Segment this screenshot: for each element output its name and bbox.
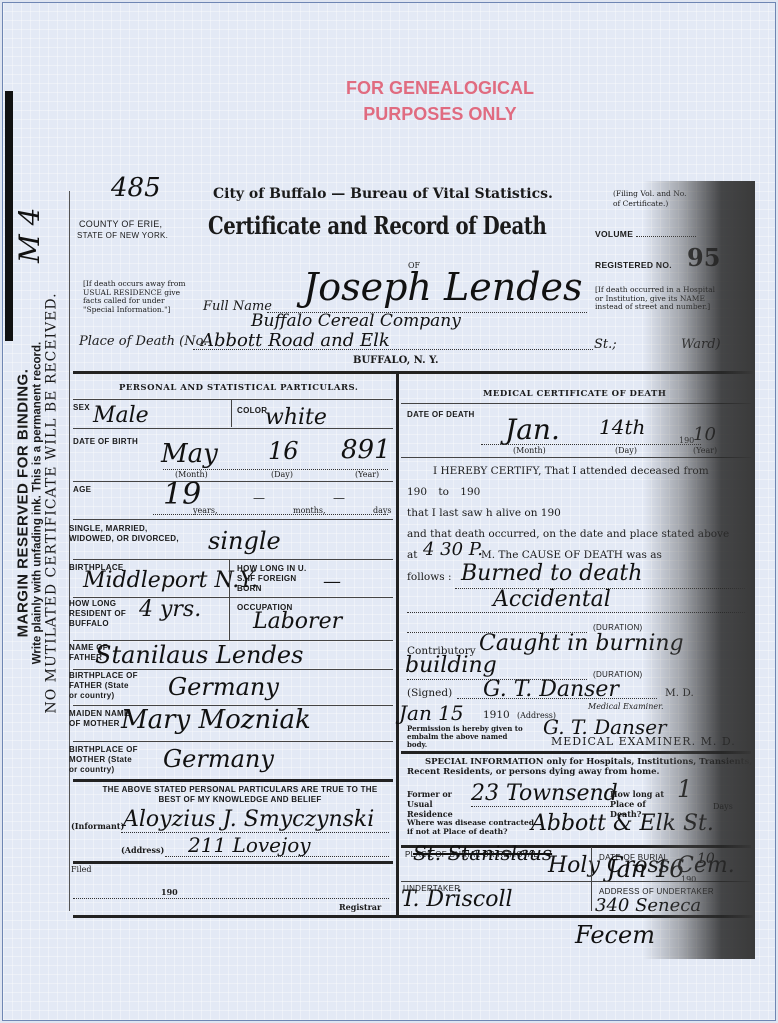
file-number: 485 [111, 173, 161, 203]
special-heading-line-1: SPECIAL INFORMATION only for Hospitals, … [407, 757, 752, 767]
mother-birthplace-label: BIRTHPLACE OF MOTHER (State or country) [69, 745, 139, 775]
rule [231, 400, 232, 427]
margin-line-3: NO MUTILATED CERTIFICATE WILL BE RECEIVE… [44, 292, 60, 713]
father-birthplace-label: BIRTHPLACE OF FATHER (State or country) [69, 671, 139, 701]
street-label: St.; [594, 337, 617, 352]
state-label: STATE OF NEW YORK. [77, 231, 168, 241]
medical-heading: MEDICAL CERTIFICATE OF DEATH [483, 389, 666, 399]
dob-day-caption: (Day) [271, 470, 293, 479]
binding-margin: MARGIN RESERVED FOR BINDING. Write plain… [7, 193, 67, 813]
signed-year: 1910 [483, 709, 510, 721]
informant-address-label: (Address) [121, 845, 164, 855]
special-info-heading: SPECIAL INFORMATION only for Hospitals, … [407, 757, 752, 777]
rule [73, 861, 393, 864]
attest-line-1: THE ABOVE STATED PERSONAL PARTICULARS AR… [95, 785, 385, 795]
residence-line [471, 805, 611, 807]
contracted-value: Abbott & Elk St. [531, 811, 714, 836]
father-value: Stanilaus Lendes [95, 641, 303, 669]
dod-month-caption: (Month) [513, 446, 546, 455]
rule [73, 669, 393, 670]
days-caption: days [373, 506, 392, 515]
margin-line-2: Write plainly with unfading ink. This is… [32, 292, 44, 713]
follows-label: follows : [407, 571, 452, 583]
sex-label: SEX [73, 403, 90, 413]
days-label: Days [713, 802, 733, 812]
volume-field: VOLUME [595, 229, 696, 239]
rule [73, 597, 393, 598]
age-line [153, 513, 388, 515]
registered-number: 95 [687, 243, 720, 272]
informant-label: (Informant) [71, 821, 124, 831]
contracted-label: Where was disease contracted if not at P… [407, 819, 535, 836]
undertaker-address-value: 340 Seneca [595, 895, 701, 916]
dod-line [481, 443, 701, 445]
footer-divider [73, 915, 753, 918]
special-heading-line-2: Recent Residents, or persons dying away … [407, 767, 752, 777]
informant-address-value: 211 Lovejoy [188, 833, 311, 857]
dod-day-caption: (Day) [615, 446, 637, 455]
age-days: — [333, 491, 345, 505]
burial-place-struck: St. Stanislaus [413, 841, 552, 865]
rule [73, 399, 393, 400]
column-divider [396, 374, 399, 917]
place-of-death-institution: Buffalo Cereal Company [251, 311, 461, 331]
form-left-border [69, 191, 70, 911]
rule [73, 428, 393, 429]
time-of-death: 4 30 P. [423, 539, 483, 560]
rule [401, 751, 751, 754]
burial-date-value: Jan 16 [607, 855, 685, 883]
undertaker-value: T. Driscoll [401, 887, 513, 912]
contributory-line-2: building [405, 653, 497, 678]
volume-value [636, 236, 696, 237]
place-of-death-line [193, 348, 593, 350]
stamp-line-1: FOR GENEALOGICAL [325, 75, 555, 101]
dod-day: 14th [599, 415, 645, 439]
ward-label: Ward) [681, 337, 721, 352]
age-label: AGE [73, 485, 91, 495]
burial-year: 10 [697, 851, 715, 867]
full-name-value: Joseph Lendes [303, 265, 583, 309]
rule [401, 403, 751, 404]
color-value: white [265, 405, 327, 430]
margin-handwritten-note: M 4 [13, 208, 46, 263]
dob-year-caption: (Year) [355, 470, 379, 479]
rule [73, 559, 393, 560]
resident-label: HOW LONG RESIDENT OF BUFFALO [69, 599, 149, 629]
header-divider [73, 371, 753, 374]
dob-month: May [161, 439, 218, 469]
cause-of-death-line-1: Burned to death [461, 561, 642, 586]
last-saw-text: that I last saw h alive on 190 [407, 507, 561, 519]
usual-residence-note: [If death occurs away from USUAL RESIDEN… [83, 280, 195, 314]
rule [73, 519, 393, 520]
stamp-line-2: PURPOSES ONLY [325, 101, 555, 127]
signed-label: (Signed) [407, 687, 452, 699]
county-label: COUNTY OF ERIE, [79, 219, 162, 229]
years-caption: years, [193, 506, 218, 515]
residence-value: 23 Townsend [471, 781, 618, 806]
contributory-line-1: Caught in burning [479, 631, 684, 656]
examiner-caption: Medical Examiner. [588, 702, 664, 711]
dob-year: 891 [341, 435, 391, 465]
hospital-note: [If death occurred in a Hospital or Inst… [595, 286, 715, 312]
registrar-label: Registrar [339, 902, 381, 912]
months-caption: months, [293, 506, 326, 515]
how-long-us-value: — [323, 571, 341, 592]
embalm-permission-text: Permission is hereby given to embalm the… [407, 725, 527, 749]
dob-label: DATE OF BIRTH [73, 437, 138, 447]
certificate-page: FOR GENEALOGICAL PURPOSES ONLY MARGIN RE… [2, 2, 776, 1021]
occupation-value: Laborer [253, 609, 342, 634]
rule [591, 847, 592, 911]
how-long-value: 1 [677, 775, 692, 803]
sex-value: Male [93, 403, 149, 428]
filing-note: (Filing Vol. and No. of Certificate.) [613, 189, 693, 209]
father-birthplace-value: Germany [168, 673, 279, 701]
cause-intro-text: M. The CAUSE OF DEATH was as [481, 549, 662, 561]
residence-label: Former or Usual Residence [407, 789, 477, 819]
signed-date: Jan 15 [399, 701, 464, 725]
dod-year: 10 [693, 424, 716, 445]
city-label: BUFFALO, N. Y. [353, 355, 438, 366]
margin-line-1: MARGIN RESERVED FOR BINDING. [15, 292, 32, 713]
rule [401, 457, 751, 458]
volume-label: VOLUME [595, 229, 633, 239]
filed-year: 190 [161, 887, 178, 897]
attest-text: THE ABOVE STATED PERSONAL PARTICULARS AR… [95, 785, 385, 805]
cause-line [407, 611, 745, 613]
birthplace-value: Middleport N.Y. [83, 568, 258, 593]
cause-of-death-line-2: Accidental [493, 587, 611, 612]
attest-line-2: BEST OF MY KNOWLEDGE AND BELIEF [95, 795, 385, 805]
certificate-title: Certificate and Record of Death [208, 211, 546, 240]
rule [73, 741, 393, 742]
city-bureau-heading: City of Buffalo — Bureau of Vital Statis… [213, 186, 553, 202]
resident-value: 4 yrs. [139, 597, 201, 622]
rule [229, 560, 230, 640]
dod-month: Jan. [505, 413, 560, 446]
place-of-death-label: Place of Death (No. [79, 334, 207, 349]
personal-heading: PERSONAL AND STATISTICAL PARTICULARS. [119, 383, 358, 393]
footer-signature: Fecem [575, 921, 655, 949]
age-months: — [253, 491, 265, 505]
attended-dates-line: 190 to 190 [407, 486, 480, 498]
filed-label: Filed [71, 865, 92, 875]
marital-value: single [208, 527, 281, 555]
certify-text: I HEREBY CERTIFY, That I attended deceas… [433, 465, 709, 477]
mother-birthplace-value: Germany [163, 745, 274, 773]
color-label: COLOR [237, 406, 267, 416]
rule [73, 481, 393, 482]
md-label: M. D. [665, 687, 694, 699]
informant-value: Aloyzius J. Smyczynski [123, 807, 374, 832]
dob-day: 16 [268, 437, 299, 465]
genealogy-stamp: FOR GENEALOGICAL PURPOSES ONLY [325, 75, 555, 127]
marital-label: SINGLE, MARRIED, WIDOWED, OR DIVORCED, [69, 524, 179, 544]
address-line [165, 855, 389, 857]
how-long-us-label: HOW LONG IN U. S. IF FOREIGN BORN [237, 564, 317, 594]
rule [73, 779, 393, 782]
rule [401, 881, 751, 882]
embalm-title: MEDICAL EXAMINER. M. D. [551, 735, 736, 748]
signed-line [457, 697, 657, 699]
dod-year-caption: (Year) [693, 446, 717, 455]
mother-value: Mary Mozniak [121, 705, 311, 735]
burial-year-prefix: 190 [681, 875, 696, 885]
at-label: at [407, 549, 417, 561]
registered-label: REGISTERED NO. [595, 260, 672, 270]
filed-line [73, 897, 389, 899]
dod-label: DATE OF DEATH [407, 410, 475, 420]
